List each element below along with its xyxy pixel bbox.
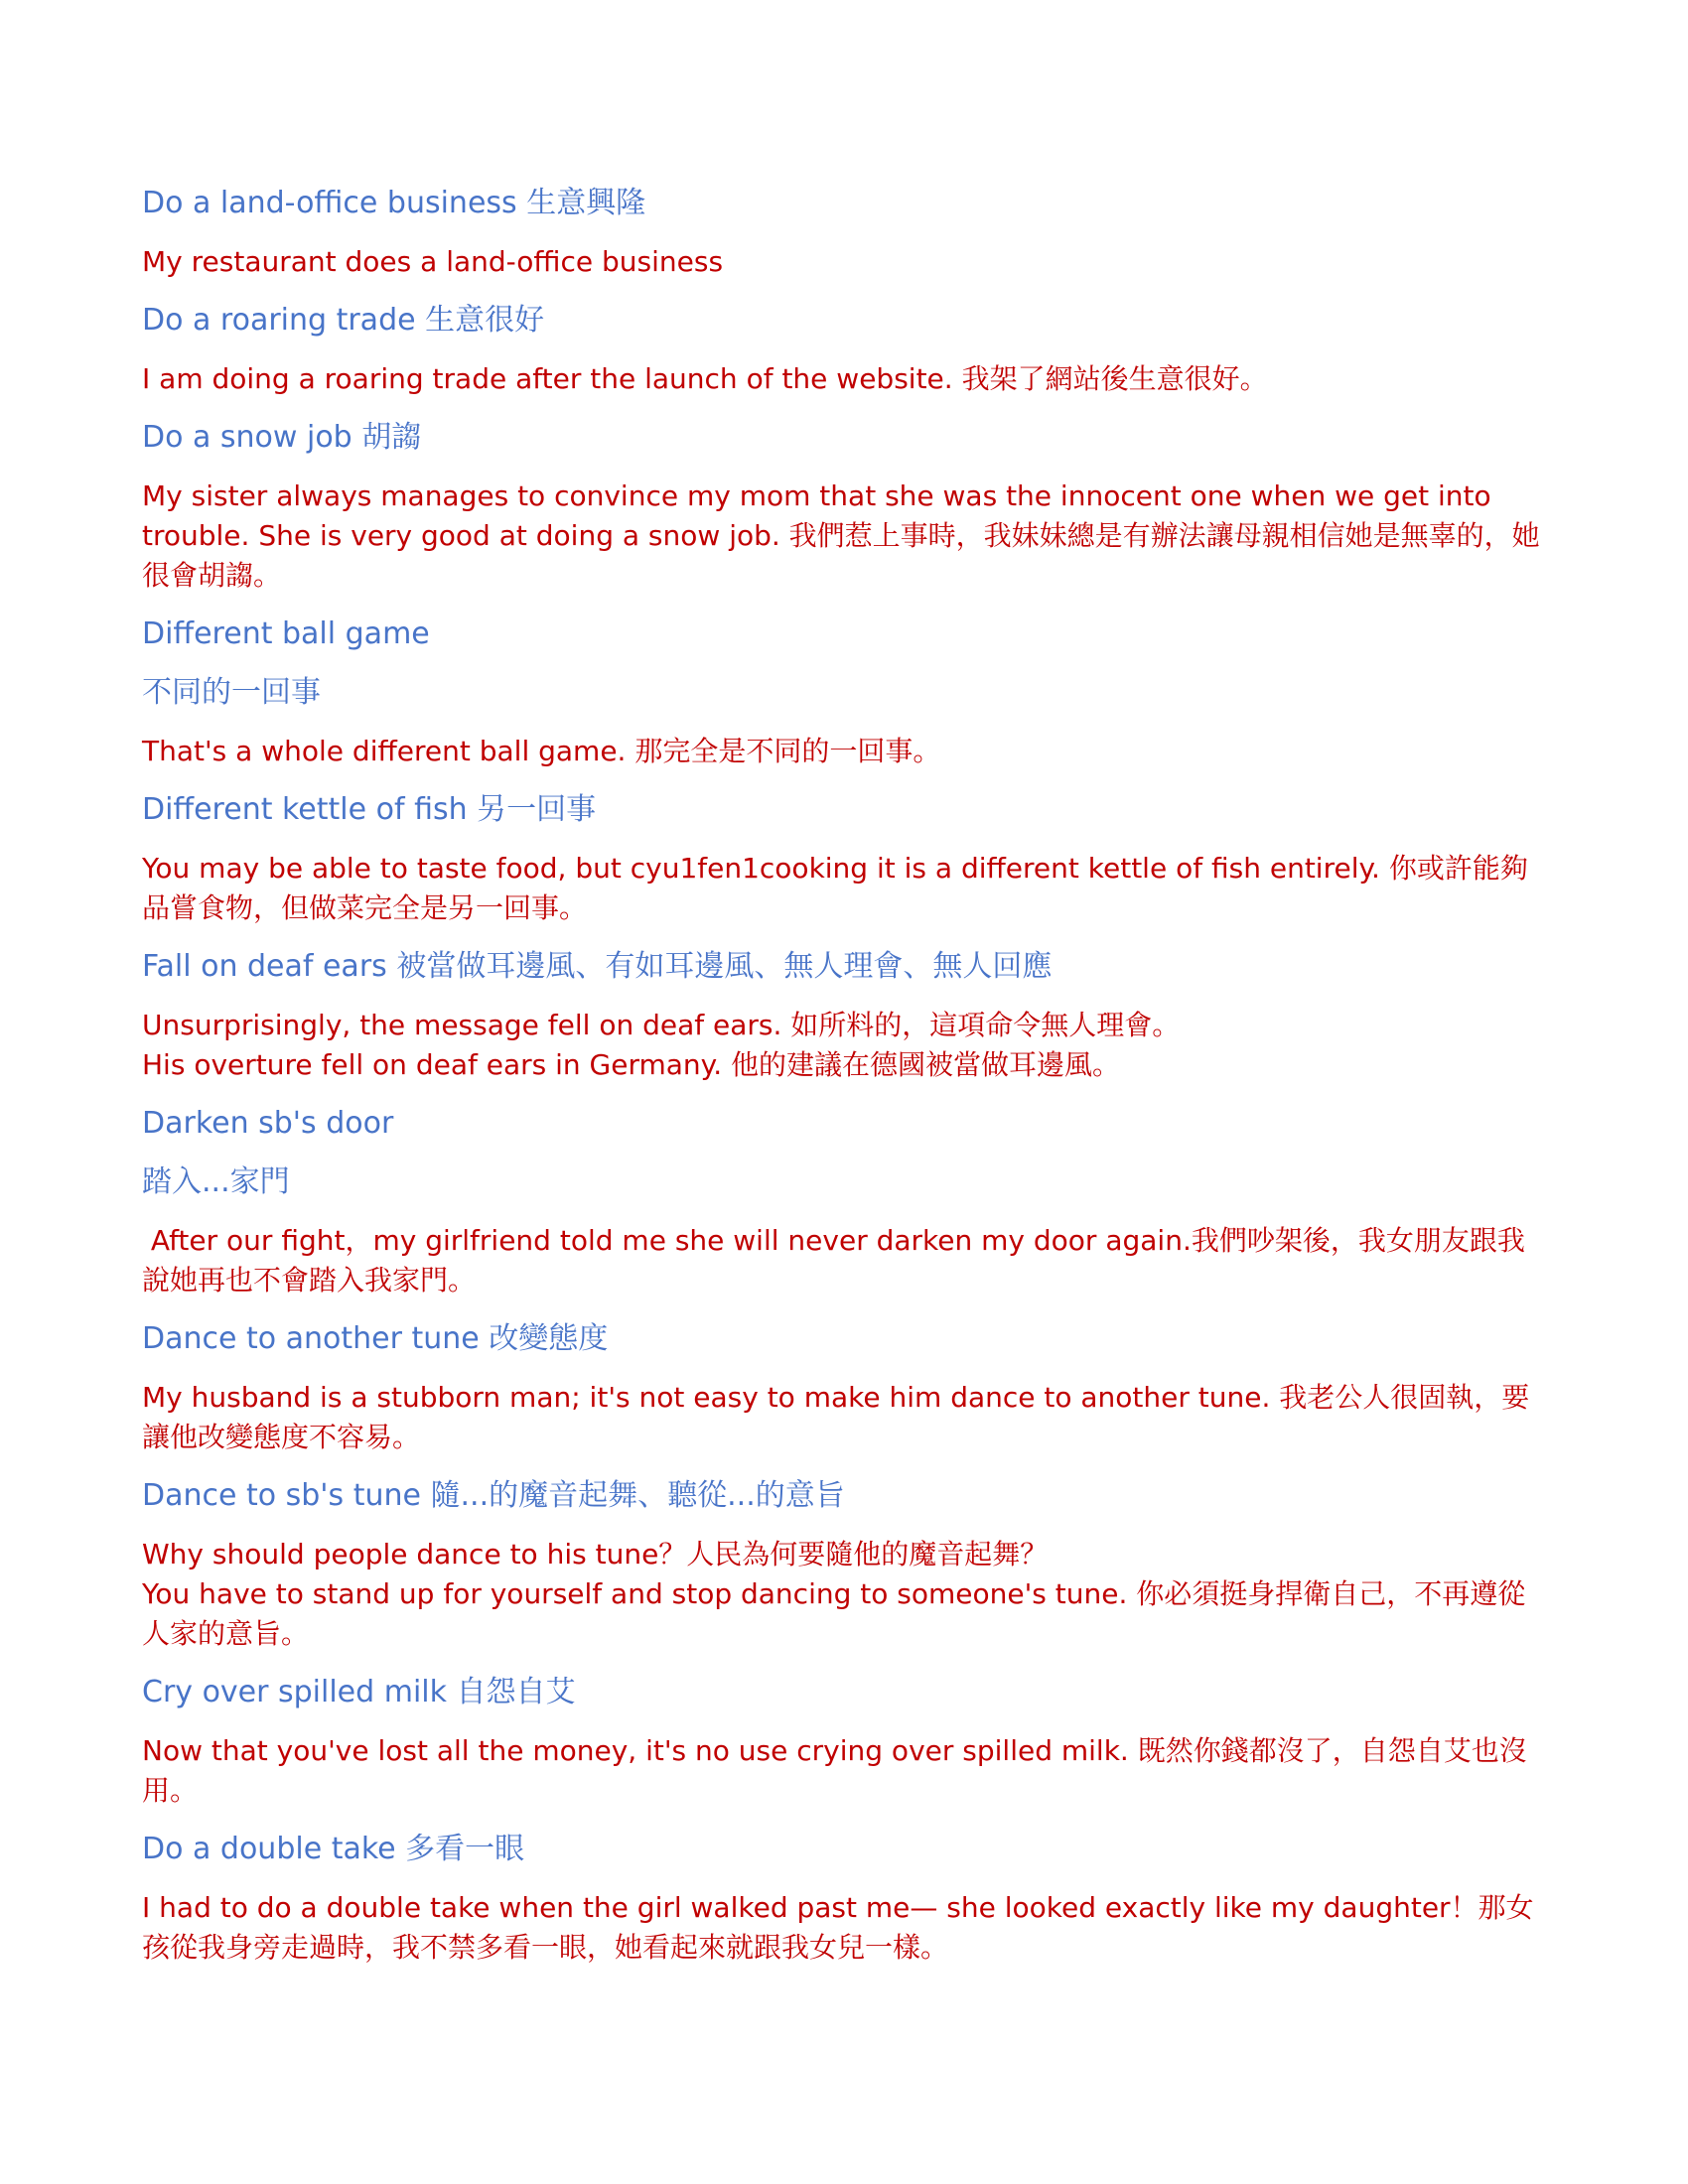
example-sentence: That's a whole different ball game. 那完全是…: [142, 732, 1549, 771]
idiom-heading: Dance to another tune 改變態度: [142, 1319, 1549, 1359]
example-sentence: Unsurprisingly, the message fell on deaf…: [142, 1006, 1549, 1085]
document-page: Do a land-office business 生意興隆 My restau…: [0, 0, 1688, 2184]
idiom-heading: 不同的一回事: [142, 673, 1549, 713]
example-sentence: My restaurant does a land-office busines…: [142, 242, 1549, 282]
idiom-heading: Do a land-office business 生意興隆: [142, 184, 1549, 223]
example-sentence: Now that you've lost all the money, it's…: [142, 1731, 1549, 1811]
idiom-heading: 踏入...家門: [142, 1162, 1549, 1202]
example-sentence: I am doing a roaring trade after the lau…: [142, 359, 1549, 399]
example-sentence: After our fight，my girlfriend told me sh…: [142, 1221, 1549, 1300]
example-sentence: My sister always manages to convince my …: [142, 477, 1549, 596]
idiom-heading: Do a double take 多看一眼: [142, 1830, 1549, 1869]
idiom-heading: Different ball game: [142, 614, 1549, 654]
idiom-heading: Do a roaring trade 生意很好: [142, 301, 1549, 341]
idiom-heading: Dance to sb's tune 隨...的魔音起舞、聽從...的意旨: [142, 1476, 1549, 1516]
example-sentence: Why should people dance to his tune？人民為何…: [142, 1535, 1549, 1654]
idiom-heading: Fall on deaf ears 被當做耳邊風、有如耳邊風、無人理會、無人回應: [142, 947, 1549, 987]
example-sentence: I had to do a double take when the girl …: [142, 1888, 1549, 1968]
example-sentence: You may be able to taste food, but cyu1f…: [142, 849, 1549, 928]
idiom-heading: Do a snow job 胡謅: [142, 418, 1549, 458]
idiom-heading: Darken sb's door: [142, 1104, 1549, 1144]
example-sentence: My husband is a stubborn man; it's not e…: [142, 1378, 1549, 1457]
idiom-heading: Different kettle of fish 另一回事: [142, 790, 1549, 830]
idiom-heading: Cry over spilled milk 自怨自艾: [142, 1673, 1549, 1712]
